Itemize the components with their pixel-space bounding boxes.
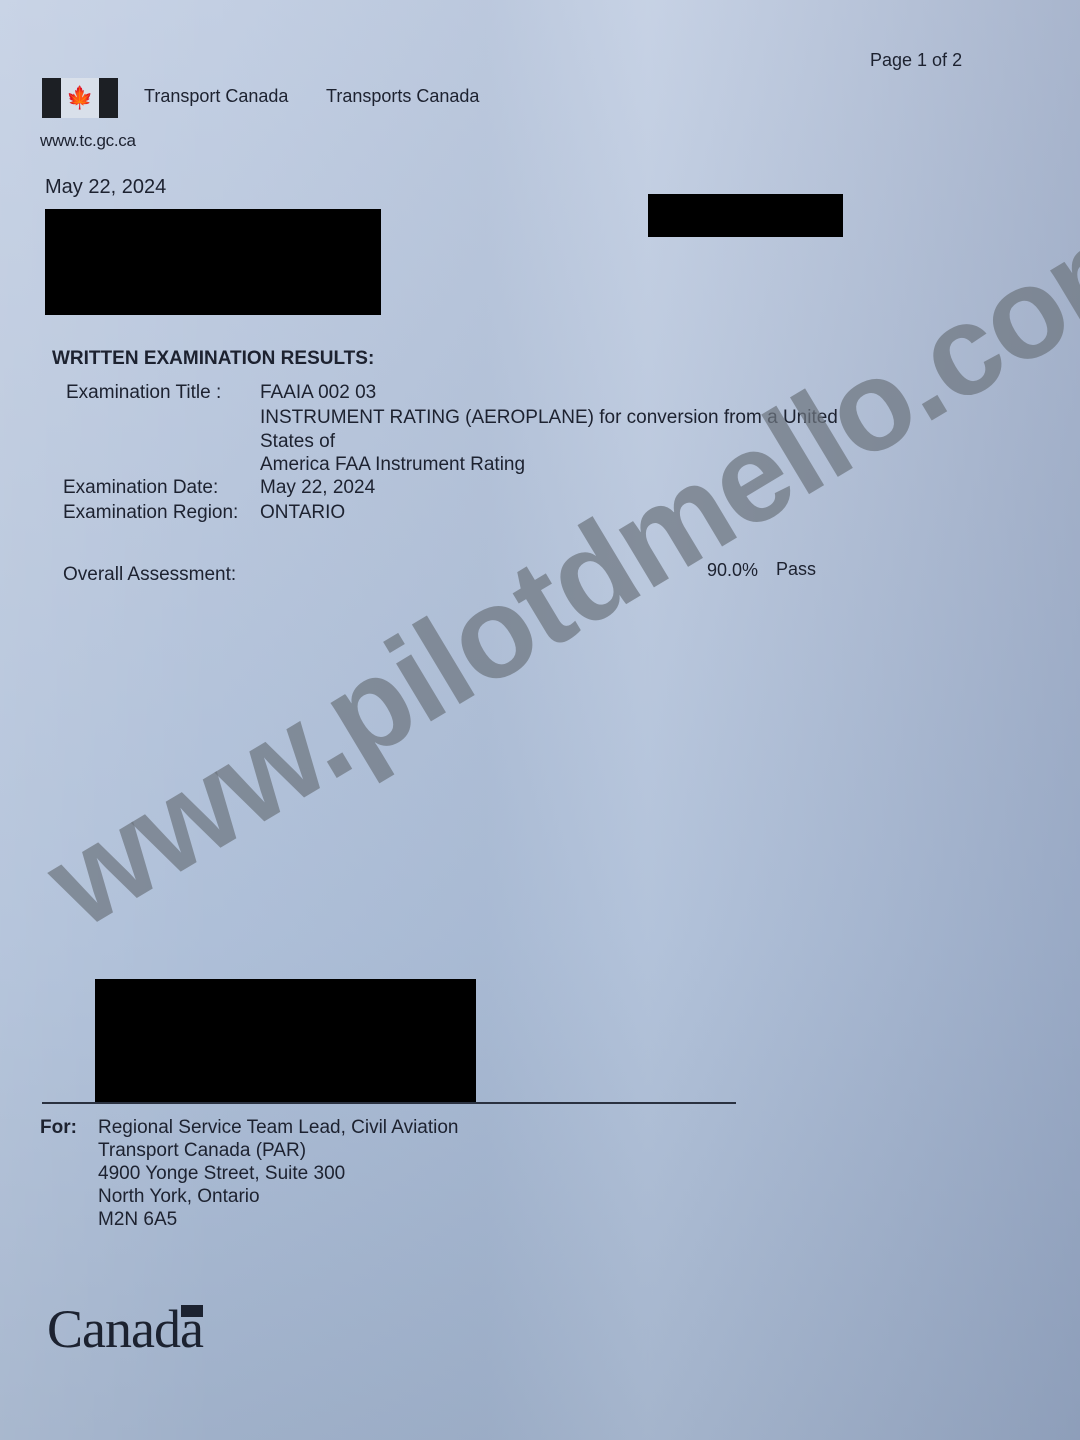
exam-date-value: May 22, 2024 <box>260 477 375 499</box>
page-indicator: Page 1 of 2 <box>870 50 962 71</box>
website-url: www.tc.gc.ca <box>40 131 136 151</box>
canada-flag-icon: 🍁 <box>42 78 118 118</box>
address-line: M2N 6A5 <box>98 1208 459 1231</box>
redacted-signature-block <box>95 979 476 1104</box>
signature-rule <box>42 1102 736 1104</box>
letter-date: May 22, 2024 <box>45 176 166 199</box>
department-name-fr: Transports Canada <box>326 86 479 107</box>
section-title: WRITTEN EXAMINATION RESULTS: <box>52 348 374 370</box>
wordmark-flag-icon <box>181 1305 203 1317</box>
address-line: North York, Ontario <box>98 1185 459 1208</box>
redacted-reference-block <box>648 194 843 237</box>
redacted-recipient-block <box>45 209 381 315</box>
for-label: For: <box>40 1117 77 1139</box>
address-line: 4900 Yonge Street, Suite 300 <box>98 1162 459 1185</box>
department-name-en: Transport Canada <box>144 86 288 107</box>
office-address: Regional Service Team Lead, Civil Aviati… <box>98 1116 459 1231</box>
exam-date-label: Examination Date: <box>63 477 218 499</box>
wordmark-text: Canada <box>47 1299 203 1359</box>
address-line: Transport Canada (PAR) <box>98 1139 459 1162</box>
exam-region-label: Examination Region: <box>63 502 238 524</box>
overall-assessment-label: Overall Assessment: <box>63 564 236 586</box>
exam-title-code: FAAIA 002 03 <box>260 382 376 404</box>
canada-wordmark: Canada <box>47 1298 225 1360</box>
overall-result: Pass <box>776 559 816 580</box>
exam-title-line: America FAA Instrument Rating <box>260 454 525 476</box>
exam-region-value: ONTARIO <box>260 502 345 524</box>
exam-title-line: States of <box>260 431 335 453</box>
address-line: Regional Service Team Lead, Civil Aviati… <box>98 1116 459 1139</box>
exam-title-label: Examination Title : <box>66 382 221 404</box>
